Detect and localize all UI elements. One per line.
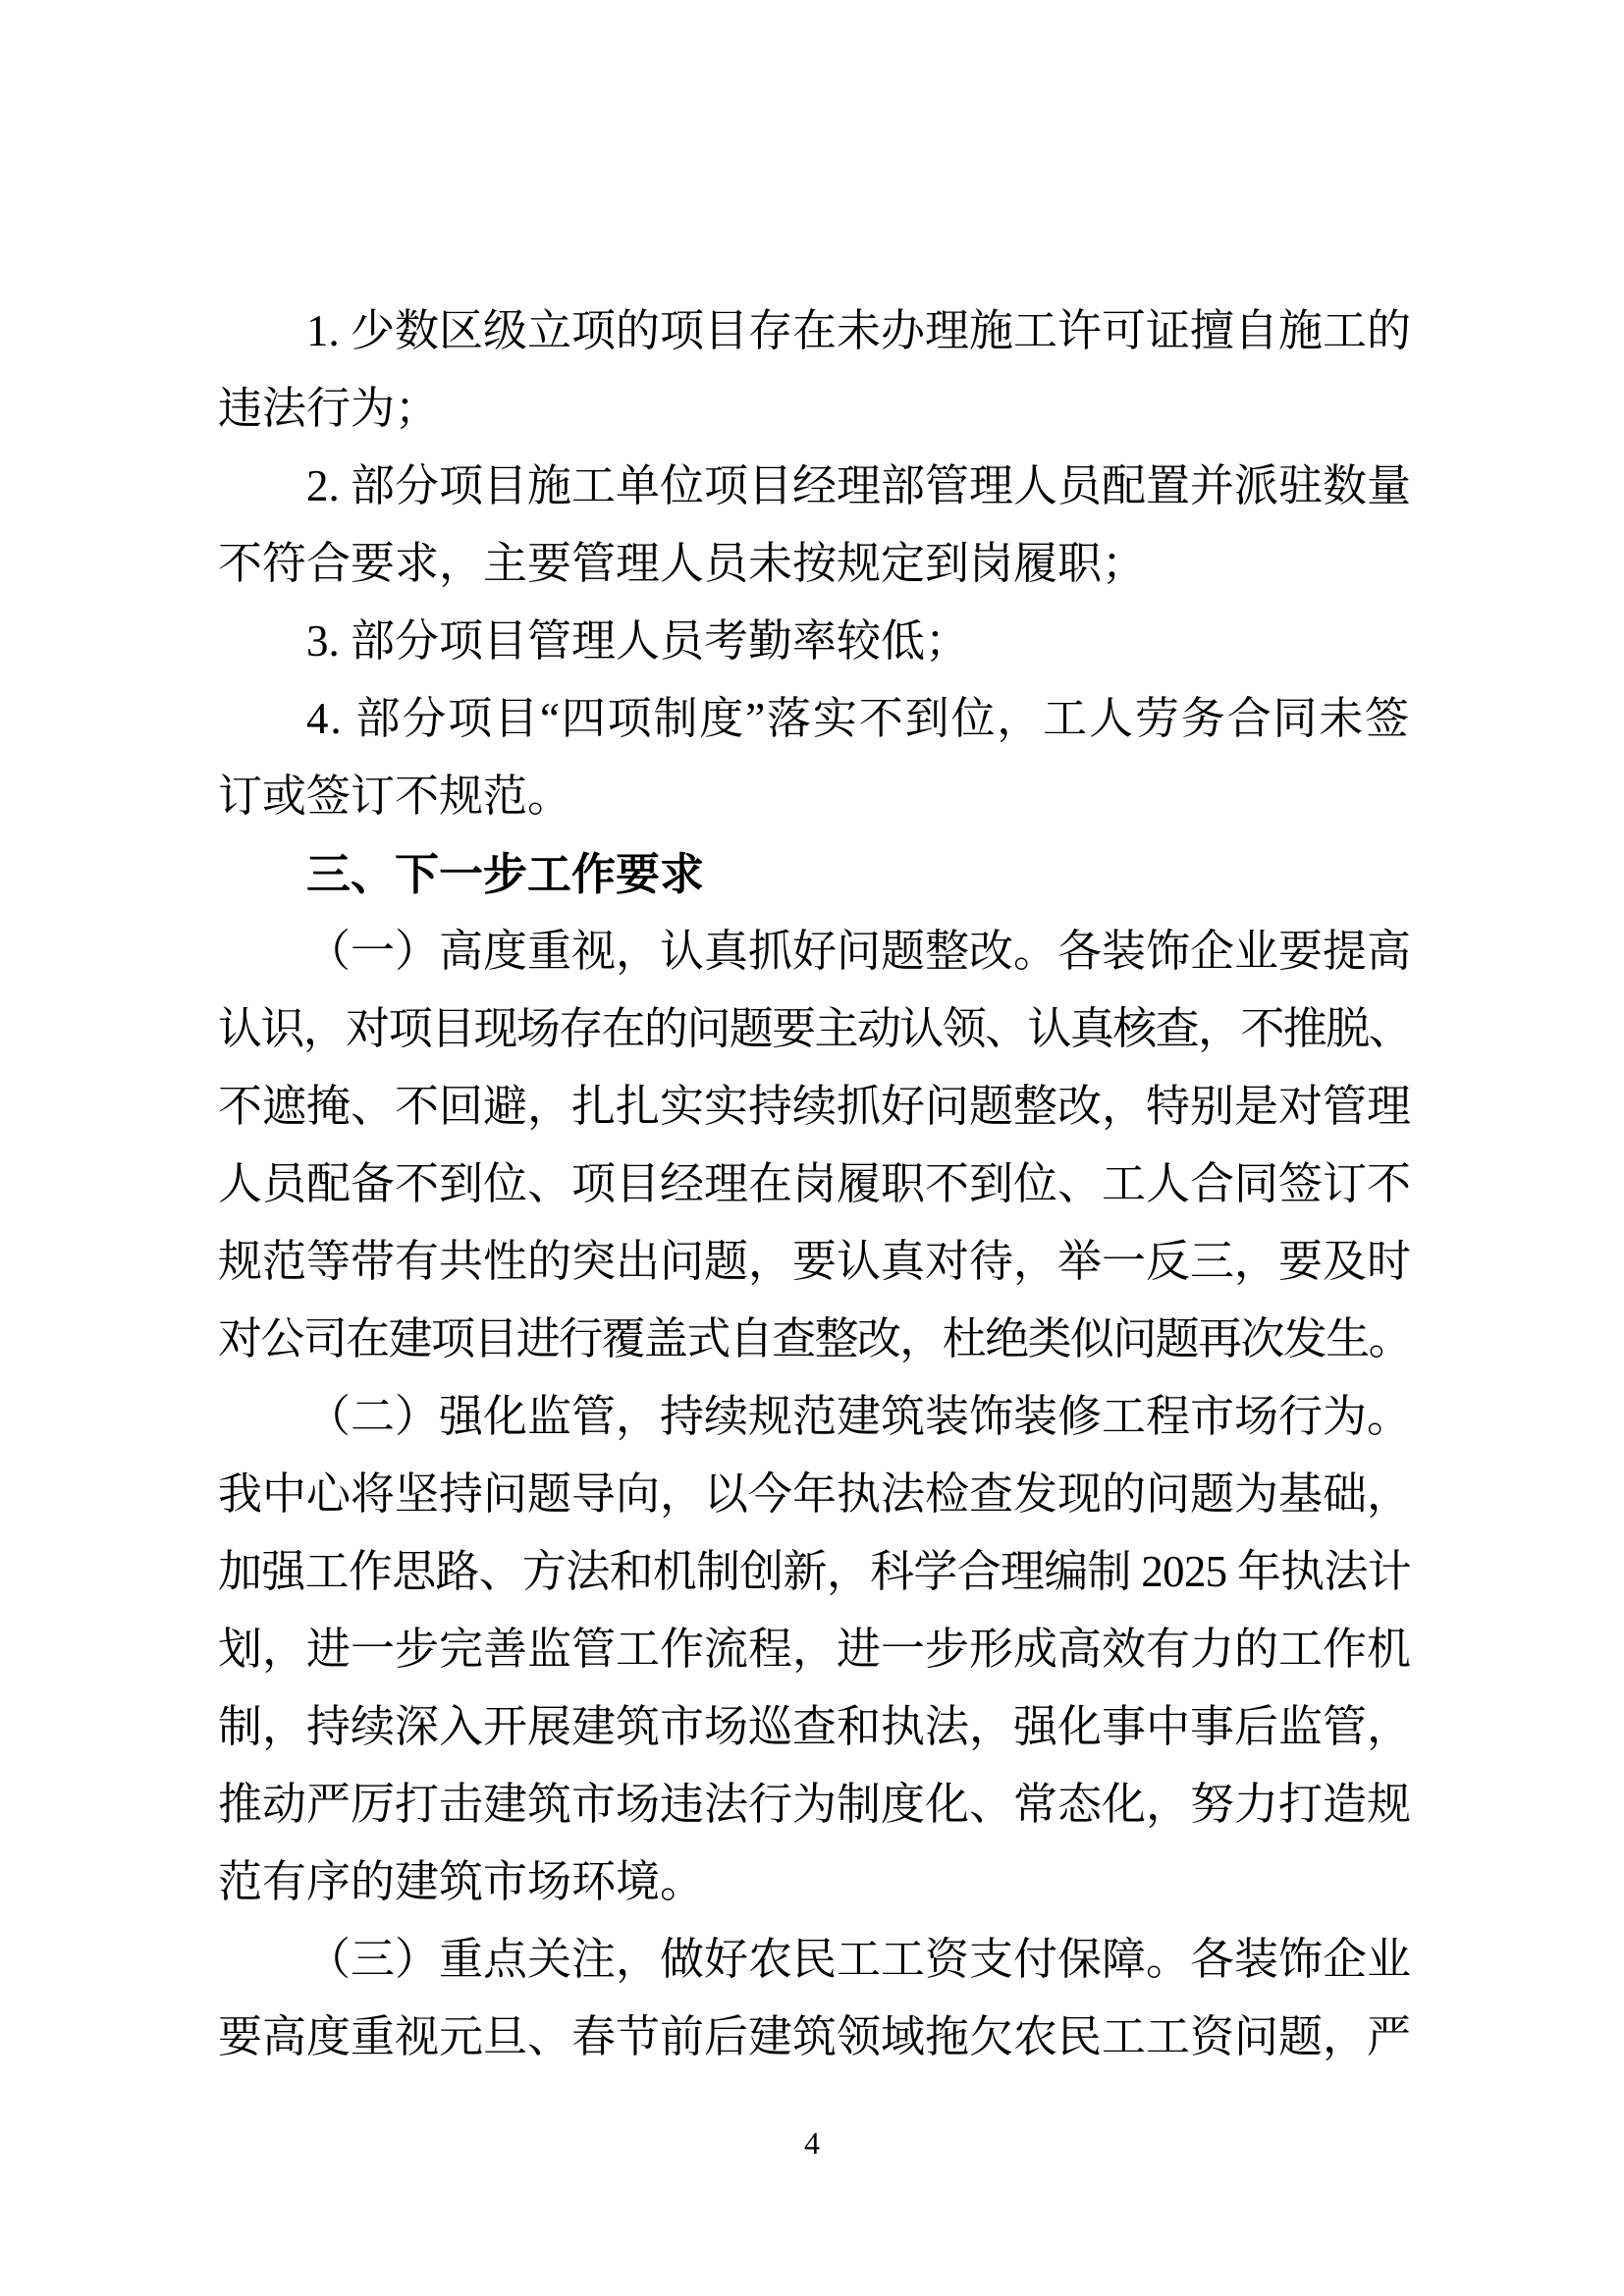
paragraph-line: 推动严厉打击建筑市场违法行为制度化、常态化，努力打造规 bbox=[218, 1766, 1411, 1843]
document-body: 1. 少数区级立项的项目存在未办理施工许可证擅自施工的 违法行为； 2. 部分项… bbox=[218, 293, 1411, 2076]
paragraph-line: 划，进一步完善监管工作流程，进一步形成高效有力的工作机 bbox=[218, 1611, 1411, 1688]
paragraph-line: 要高度重视元旦、春节前后建筑领域拖欠农民工工资问题，严 bbox=[218, 1999, 1411, 2076]
finding-line: 2. 部分项目施工单位项目经理部管理人员配置并派驻数量 bbox=[218, 448, 1411, 525]
finding-line: 4. 部分项目“四项制度”落实不到位，工人劳务合同未签 bbox=[218, 680, 1411, 758]
finding-line: 1. 少数区级立项的项目存在未办理施工许可证擅自施工的 bbox=[218, 293, 1411, 370]
finding-line: 3. 部分项目管理人员考勤率较低； bbox=[218, 603, 1411, 680]
paragraph-line: （一）高度重视，认真抓好问题整改。各装饰企业要提高 bbox=[218, 913, 1411, 990]
page-number: 4 bbox=[0, 2118, 1624, 2167]
finding-line: 不符合要求，主要管理人员未按规定到岗履职； bbox=[218, 525, 1411, 603]
paragraph-line: （三）重点关注，做好农民工工资支付保障。各装饰企业 bbox=[218, 1921, 1411, 1999]
paragraph-line: 对公司在建项目进行覆盖式自查整改，杜绝类似问题再次发生。 bbox=[218, 1301, 1411, 1378]
paragraph-line: 规范等带有共性的突出问题，要认真对待，举一反三，要及时 bbox=[218, 1223, 1411, 1301]
paragraph-line: 加强工作思路、方法和机制创新，科学合理编制 2025 年执法计 bbox=[218, 1533, 1411, 1611]
finding-line: 订或签订不规范。 bbox=[218, 758, 1411, 835]
finding-line: 违法行为； bbox=[218, 370, 1411, 448]
paragraph-line: 人员配备不到位、项目经理在岗履职不到位、工人合同签订不 bbox=[218, 1146, 1411, 1223]
paragraph-line: 认识，对项目现场存在的问题要主动认领、认真核查，不推脱、 bbox=[218, 990, 1411, 1068]
paragraph-line: （二）强化监管，持续规范建筑装饰装修工程市场行为。 bbox=[218, 1378, 1411, 1456]
paragraph-line: 制，持续深入开展建筑市场巡查和执法，强化事中事后监管， bbox=[218, 1688, 1411, 1766]
paragraph-line: 我中心将坚持问题导向，以今年执法检查发现的问题为基础， bbox=[218, 1456, 1411, 1533]
paragraph-line: 范有序的建筑市场环境。 bbox=[218, 1843, 1411, 1921]
document-page: 1. 少数区级立项的项目存在未办理施工许可证擅自施工的 违法行为； 2. 部分项… bbox=[0, 0, 1624, 2296]
paragraph-line: 不遮掩、不回避，扎扎实实持续抓好问题整改，特别是对管理 bbox=[218, 1068, 1411, 1146]
section-heading: 三、下一步工作要求 bbox=[218, 835, 1411, 913]
